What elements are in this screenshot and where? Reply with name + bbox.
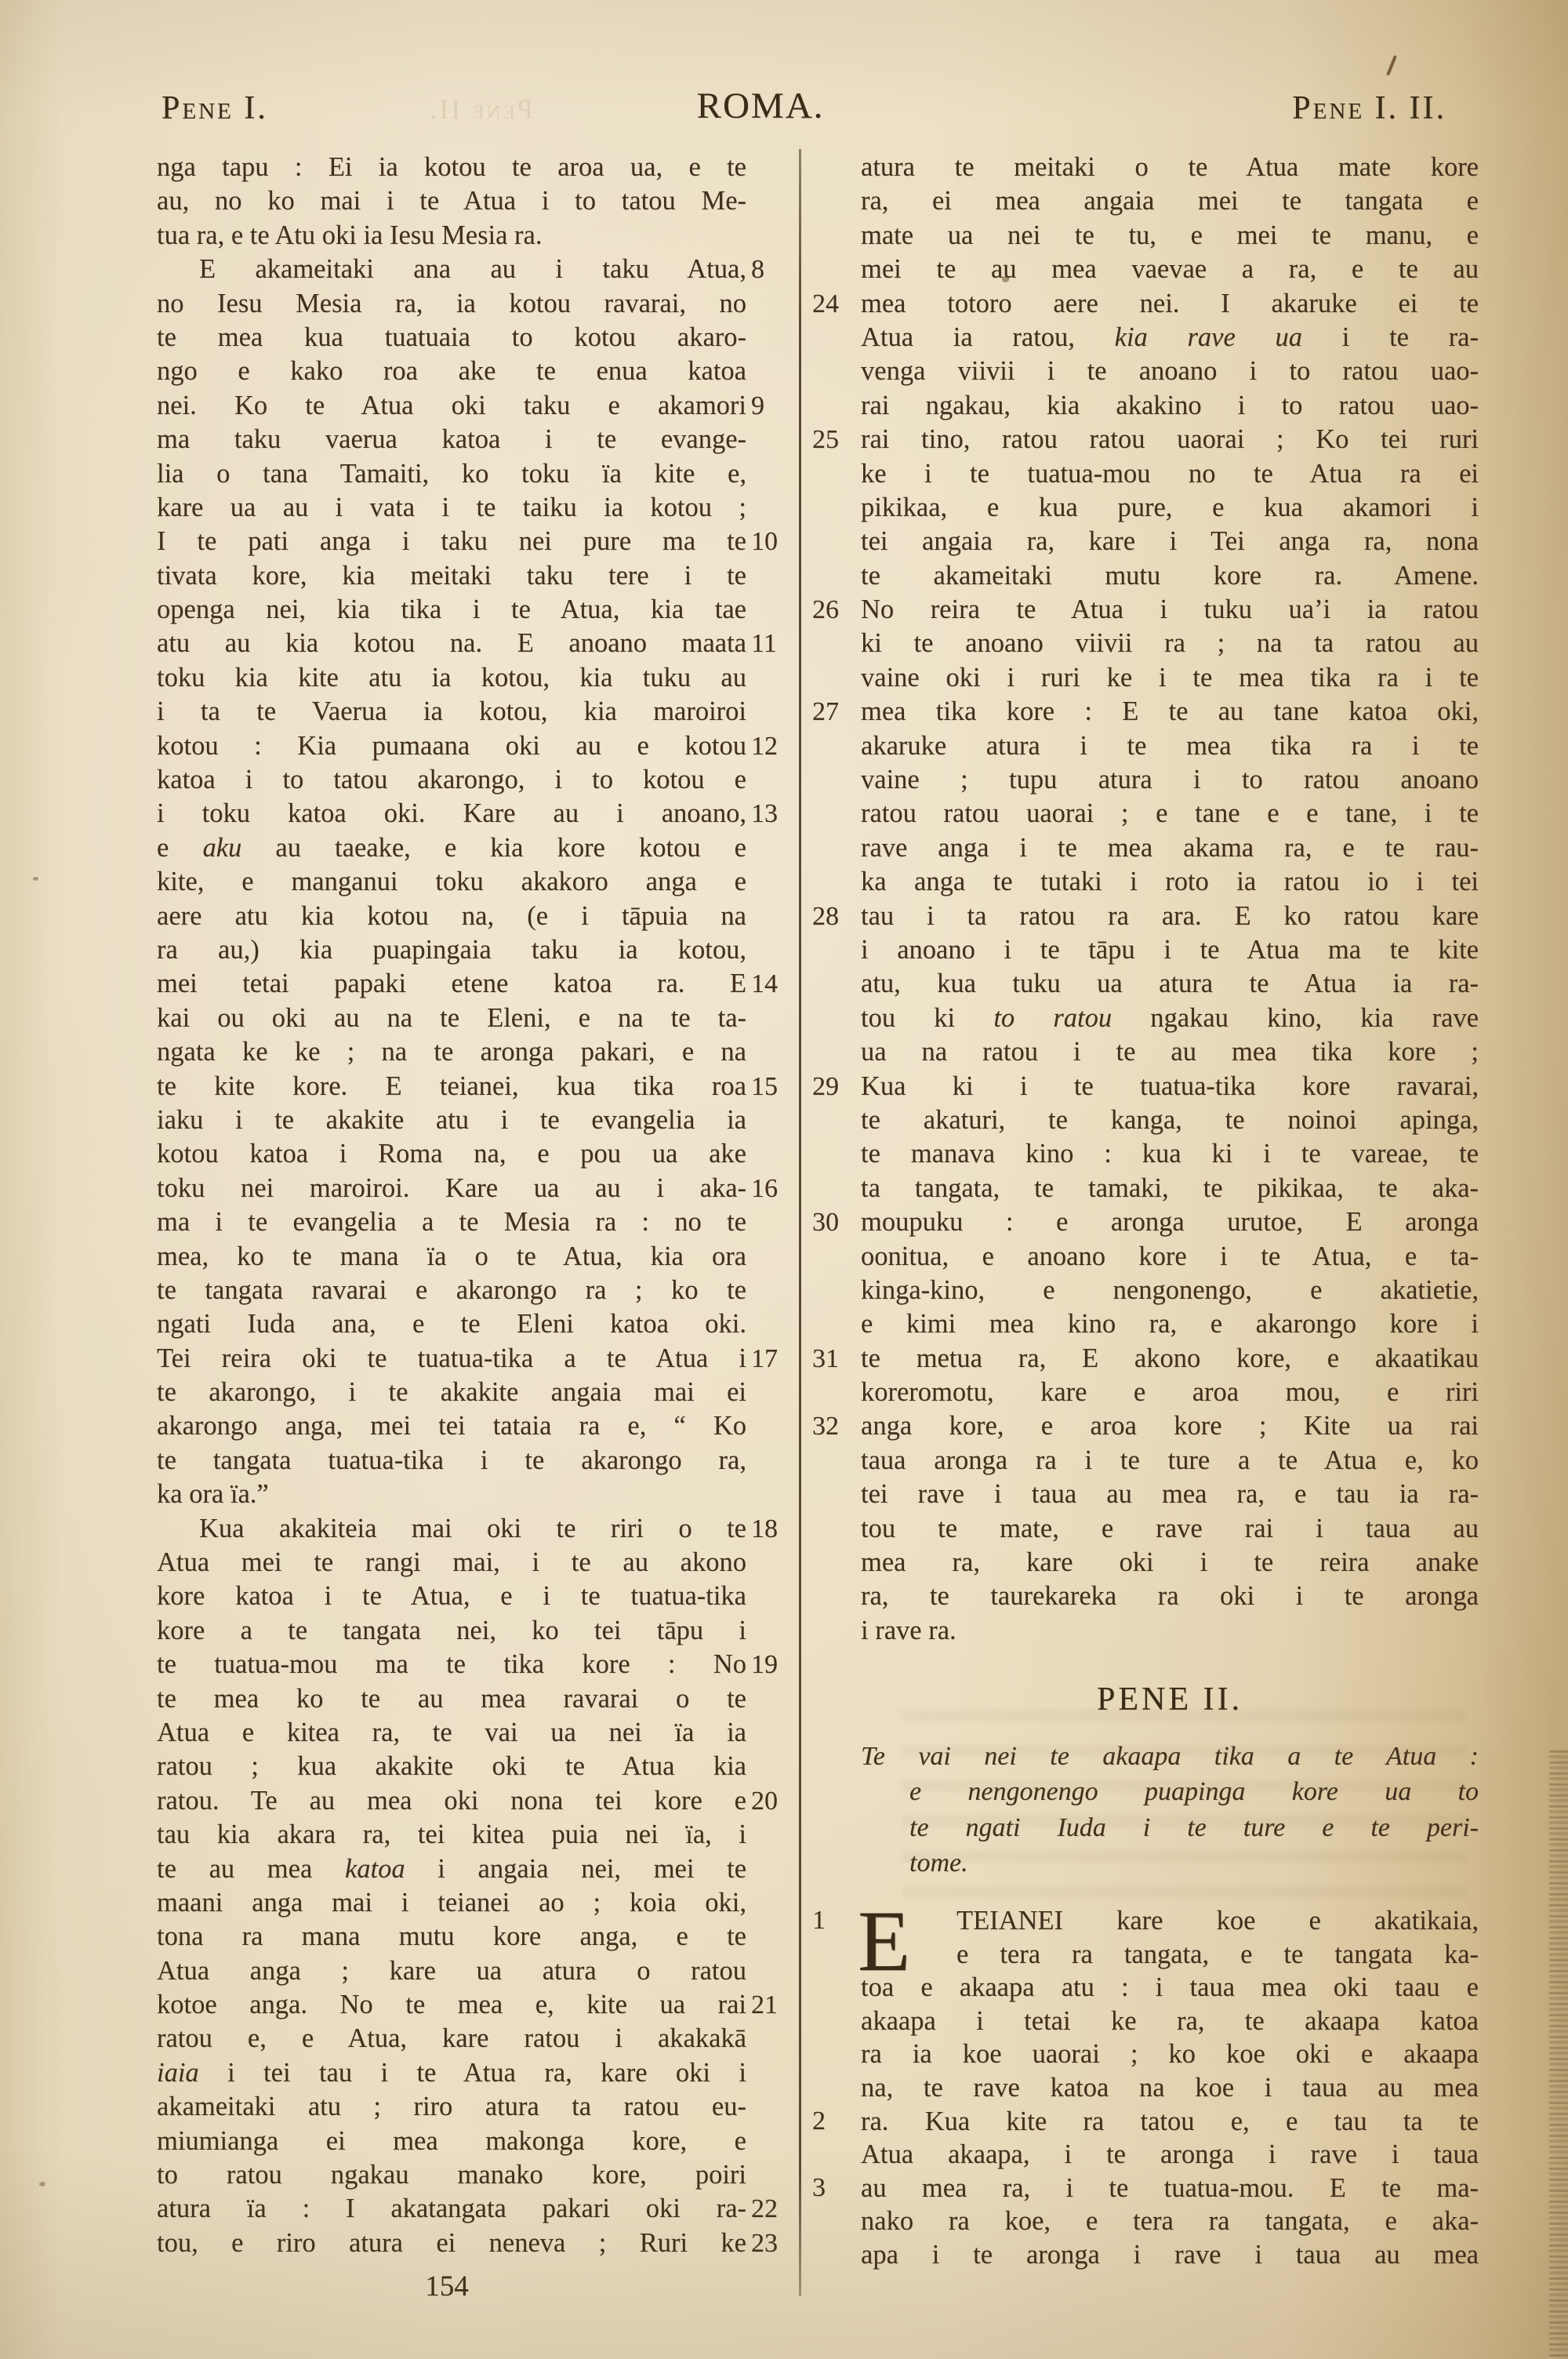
verse-number: 1 <box>812 1904 853 1938</box>
text-line: Kua ki i te tuatua-tika kore ravarai,29 <box>861 1070 1479 1103</box>
text-line: tei rave i taua au mea ra, e tau ia ra- <box>861 1478 1479 1511</box>
text-line: kare ua au i vata i te taiku ia kotou ; <box>157 491 746 525</box>
text-line: tau i ta ratou ra ara. E ko ratou kare28 <box>861 900 1479 933</box>
text-line: ngo e kako roa ake te enua katoa <box>157 354 746 388</box>
text-line: rai tino, ratou ratou uaorai ; Ko tei ru… <box>861 423 1479 456</box>
chapter1-continued-text: atura te meitaki o te Atua mate korera, … <box>861 151 1479 1648</box>
text-line: pikikaa, e kua pure, e kua akamori i <box>861 491 1479 525</box>
text-line: ke i te tuatua-mou no te Atua ra ei <box>861 457 1479 491</box>
text-line: ngati Iuda ana, e te Eleni katoa oki. <box>157 1307 746 1341</box>
text-line: mei tetai papaki etene katoa ra. E14 <box>157 967 746 1001</box>
italic-phrase: aku <box>202 833 241 863</box>
text-line: to ratou ngakau manako kore, poiri <box>157 2158 746 2192</box>
text-line: tau kia akara ra, tei kitea puia nei ïa,… <box>157 1818 746 1852</box>
verse-number: 14 <box>751 967 797 1001</box>
text-line: ngata ke ke ; na te aronga pakari, e na <box>157 1035 746 1069</box>
page-edge-texture <box>1549 1750 1568 2359</box>
text-line: akameitaki atu ; riro atura ta ratou eu- <box>157 2090 746 2124</box>
text-line: Atua akaapa, i te aronga i rave i taua <box>861 2138 1479 2172</box>
text-line: ra au,) kia puapingaia taku ia kotou, <box>157 933 746 967</box>
text-line: E akameitaki ana au i taku Atua,8 <box>157 253 746 286</box>
italic-phrase: kia rave ua <box>1115 322 1302 352</box>
ink-speck <box>39 2182 45 2186</box>
running-header-left: Pene I. <box>162 89 268 127</box>
verse-number: 28 <box>812 900 853 933</box>
text-line: kotou katoa i Roma na, e pou ua ake <box>157 1137 746 1171</box>
text-line: mea, ko te mana ïa o te Atua, kia ora <box>157 1240 746 1274</box>
text-line: tou ki to ratou ngakau kino, kia rave <box>861 1001 1479 1035</box>
show-through-ghost <box>902 1710 1466 1906</box>
left-text-column: nga tapu : Ei ia kotou te aroa ua, e tea… <box>157 151 746 2260</box>
scanned-book-page: { "paper_color": "#e9dcc0", "ink_color":… <box>0 0 1568 2359</box>
text-line: te au mea katoa i angaia nei, mei te <box>157 1852 746 1886</box>
text-line: e aku au taeake, e kia kore kotou e <box>157 831 746 865</box>
text-line: ki te anoano viivii ra ; na ta ratou au <box>861 627 1479 660</box>
verse-number: 15 <box>751 1070 797 1103</box>
text-line: atura te meitaki o te Atua mate kore <box>861 151 1479 184</box>
text-line: rai ngakau, kia akakino i to ratou uao- <box>861 389 1479 423</box>
verse-number: 17 <box>751 1342 797 1376</box>
text-line: atu, kua tuku ua atura te Atua ia ra- <box>861 967 1479 1001</box>
text-line: Atua ia ratou, kia rave ua i te ra- <box>861 321 1479 354</box>
text-line: I te pati anga i taku nei pure ma te10 <box>157 525 746 558</box>
text-line: No reira te Atua i tuku ua’i ia ratou26 <box>861 593 1479 627</box>
verse-number: 19 <box>751 1648 797 1681</box>
text-line: oonitua, e anoano kore i te Atua, e ta- <box>861 1240 1479 1274</box>
italic-phrase: iaia <box>157 2058 199 2088</box>
text-line: iaku i te akakite atu i te evangelia ia <box>157 1103 746 1137</box>
text-line: mate ua nei te tu, e mei te manu, e <box>861 219 1479 253</box>
text-line: ra, te taurekareka ra oki i te aronga <box>861 1579 1479 1613</box>
text-line: openga nei, kia tika i te Atua, kia tae <box>157 593 746 627</box>
verse-number: 9 <box>751 389 797 423</box>
verse-number: 27 <box>812 695 853 729</box>
text-line: ratou ratou uaorai ; e tane e e tane, i … <box>861 797 1479 831</box>
text-line: te tangata tuatua-tika i te akarongo ra, <box>157 1444 746 1478</box>
text-line: te tuatua-mou ma te tika kore : No19 <box>157 1648 746 1681</box>
verse-number: 2 <box>812 2105 853 2139</box>
text-line: e tera ra tangata, e te tangata ka- <box>861 1938 1479 1972</box>
text-line: moupuku : e aronga urutoe, E aronga30 <box>861 1205 1479 1239</box>
text-line: anga kore, e aroa kore ; Kite ua rai32 <box>861 1409 1479 1443</box>
verse-number: 25 <box>812 423 853 456</box>
verse-number: 32 <box>812 1409 853 1443</box>
text-line: te akameitaki mutu kore ra. Amene. <box>861 559 1479 593</box>
text-line: aere atu kia kotou na, (e i tāpuia na <box>157 900 746 933</box>
verse-number: 30 <box>812 1205 853 1239</box>
text-line: ra, ei mea angaia mei te tangata e <box>861 184 1479 218</box>
text-line: toku nei maroiroi. Kare ua au i aka-16 <box>157 1172 746 1205</box>
text-line: nei. Ko te Atua oki taku e akamori9 <box>157 389 746 423</box>
text-line: akarongo anga, mei tei tataia ra e, “ Ko <box>157 1409 746 1443</box>
page-number: 154 <box>368 2270 525 2303</box>
text-line: te kite kore. E teianei, kua tika roa15 <box>157 1070 746 1103</box>
text-line: kore katoa i te Atua, e i te tuatua-tika <box>157 1579 746 1613</box>
verse-number: 20 <box>751 1784 797 1818</box>
verse-number: 13 <box>751 797 797 831</box>
text-line: kai ou oki au na te Eleni, e na te ta- <box>157 1001 746 1035</box>
book-title-header: ROMA. <box>682 85 839 127</box>
verse-number: 3 <box>812 2172 853 2205</box>
text-line: katoa i to tatou akarongo, i to kotou e <box>157 763 746 797</box>
text-line: au, no ko mai i te Atua i to tatou Me- <box>157 184 746 218</box>
text-line: rave anga i te mea akama ra, e te rau- <box>861 831 1479 865</box>
text-line: ratou. Te au mea oki nona tei kore e20 <box>157 1784 746 1818</box>
italic-phrase: to ratou <box>993 1003 1112 1033</box>
ink-speck <box>33 877 38 881</box>
text-line: mea totoro aere nei. I akaruke ei te24 <box>861 287 1479 321</box>
show-through-ghost: Pene II. <box>329 93 533 125</box>
text-line: te akarongo, i te akakite angaia mai ei <box>157 1376 746 1409</box>
verse-number: 23 <box>751 2226 797 2260</box>
text-line: i ta te Vaerua ia kotou, kia maroiroi <box>157 695 746 729</box>
text-line: tei angaia ra, kare i Tei anga ra, nona <box>861 525 1479 558</box>
text-line: Tei reira oki te tuatua-tika a te Atua i… <box>157 1342 746 1376</box>
text-line: taua aronga ra i te ture a te Atua e, ko <box>861 1444 1479 1478</box>
text-line: i anoano i te tāpu i te Atua ma te kite <box>861 933 1479 967</box>
verse-number: 31 <box>812 1342 853 1376</box>
text-line: Kua akakiteia mai oki te riri o te18 <box>157 1512 746 1546</box>
text-line: ma taku vaerua katoa i te evange- <box>157 423 746 456</box>
text-line: te akaturi, te kanga, te noinoi apinga, <box>861 1103 1479 1137</box>
text-line: kinga-kino, e nengonengo, e akatietie, <box>861 1274 1479 1307</box>
text-line: vaine ; tupu atura i to ratou anoano <box>861 763 1479 797</box>
text-line: toku kia kite atu ia kotou, kia tuku au <box>157 661 746 695</box>
text-line: vaine oki i ruri ke i te mea tika ra i t… <box>861 661 1479 695</box>
text-line: te manava kino : kua ki i te vareae, te <box>861 1137 1479 1171</box>
text-line: no Iesu Mesia ra, ia kotou ravarai, no <box>157 287 746 321</box>
text-line: maani anga mai i teianei ao ; koia oki, <box>157 1886 746 1920</box>
text-line: mei te au mea vaevae a ra, e te au <box>861 253 1479 286</box>
text-line: ratou ; kua akakite oki te Atua kia <box>157 1750 746 1783</box>
verse-number: 18 <box>751 1512 797 1546</box>
text-line: au mea ra, i te tuatua-mou. E te ma-3 <box>861 2172 1479 2205</box>
ink-speck <box>1002 276 1009 282</box>
text-line: e kimi mea kino ra, e akarongo kore i <box>861 1307 1479 1341</box>
text-line: Atua e kitea ra, te vai ua nei ïa ia <box>157 1716 746 1750</box>
text-line: venga viivii i te anoano i to ratou uao- <box>861 354 1479 388</box>
text-line: te metua ra, E akono kore, e akaatikau31 <box>861 1342 1479 1376</box>
text-line: ma i te evangelia a te Mesia ra : no te <box>157 1205 746 1239</box>
text-line: miumianga ei mea makonga kore, e <box>157 2125 746 2158</box>
text-line: tou te mate, e rave rai i taua au <box>861 1512 1479 1546</box>
text-line: tua ra, e te Atu oki ia Iesu Mesia ra. <box>157 219 746 253</box>
text-line: ra. Kua kite ra tatou e, e tau ta te2 <box>861 2105 1479 2139</box>
text-line: lia o tana Tamaiti, ko toku ïa kite e, <box>157 457 746 491</box>
text-line: mea tika kore : E te au tane katoa oki,2… <box>861 695 1479 729</box>
text-line: ka ora ïa.” <box>157 1478 746 1511</box>
verse-number: 10 <box>751 525 797 558</box>
verse-number: 11 <box>751 627 797 660</box>
text-line: tou, e riro atura ei neneva ; Ruri ke23 <box>157 2226 746 2260</box>
text-line: kite, e manganui toku akakoro anga e <box>157 865 746 899</box>
spacer <box>861 1648 1479 1679</box>
text-line: te mea ko te au mea ravarai o te <box>157 1682 746 1716</box>
ink-mark <box>1386 55 1397 76</box>
running-header-right: Pene I. II. <box>1207 89 1446 127</box>
column-divider-rule <box>799 149 801 2296</box>
text-line: ratou e, e Atua, kare ratou i akakakā <box>157 2022 746 2055</box>
text-line: nga tapu : Ei ia kotou te aroa ua, e te <box>157 151 746 184</box>
text-line: akaapa i tetai ke ra, te akaapa katoa <box>861 2005 1479 2038</box>
text-line: tona ra mana mutu kore anga, e te <box>157 1920 746 1954</box>
verse-number: 26 <box>812 593 853 627</box>
text-line: ka anga te tutaki i roto ia ratou io i t… <box>861 865 1479 899</box>
italic-phrase: katoa <box>345 1854 405 1884</box>
verse-number: 29 <box>812 1070 853 1103</box>
text-line: koreromotu, kare e aroa mou, e riri <box>861 1376 1479 1409</box>
text-line: Atua anga ; kare ua atura o ratou <box>157 1954 746 1988</box>
verse-number: 24 <box>812 287 853 321</box>
text-line: apa i te aronga i rave i taua au mea <box>861 2238 1479 2272</box>
text-line: atura ïa : I akatangata pakari oki ra-22 <box>157 2192 746 2226</box>
text-line: iaia i tei tau i te Atua ra, kare oki i <box>157 2056 746 2090</box>
text-line: te tangata ravarai e akarongo ra ; ko te <box>157 1274 746 1307</box>
text-line: nako ra koe, e tera ra tangata, e aka- <box>861 2205 1479 2238</box>
text-line: ra ia koe uaorai ; ko koe oki e akaapa <box>861 2037 1479 2071</box>
verse-number: 8 <box>751 253 797 286</box>
verse-number: 21 <box>751 1988 797 2022</box>
text-line: TEIANEI kare koe e akatikaia,1 <box>861 1904 1479 1938</box>
text-line: tivata kore, kia meitaki taku tere i te <box>157 559 746 593</box>
right-text-column: atura te meitaki o te Atua mate korera, … <box>861 151 1479 2271</box>
text-line: Atua mei te rangi mai, i te au akono <box>157 1546 746 1579</box>
text-line: ta tangata, te tamaki, te pikikaa, te ak… <box>861 1172 1479 1205</box>
text-line: mea ra, kare oki i te reira anake <box>861 1546 1479 1579</box>
text-line: i rave ra. <box>861 1614 1479 1648</box>
text-line: te mea kua tuatuaia to kotou akaro- <box>157 321 746 354</box>
text-line: toa e akaapa atu : i taua mea oki taau e <box>861 1971 1479 2005</box>
text-line: na, te rave katoa na koe i taua au mea <box>861 2071 1479 2105</box>
verse-number: 22 <box>751 2192 797 2226</box>
text-line: kotou : Kia pumaana oki au e kotou12 <box>157 729 746 763</box>
verse-number: 16 <box>751 1172 797 1205</box>
text-line: i toku katoa oki. Kare au i anoano,13 <box>157 797 746 831</box>
text-line: kotoe anga. No te mea e, kite ua rai21 <box>157 1988 746 2022</box>
text-line: kore a te tangata nei, ko tei tāpu i <box>157 1614 746 1648</box>
text-line: ua na ratou i te au mea tika kore ; <box>861 1035 1479 1069</box>
text-line: atu au kia kotou na. E anoano maata11 <box>157 627 746 660</box>
chapter2-opening-paragraph: E TEIANEI kare koe e akatikaia,1e tera r… <box>861 1904 1479 2272</box>
text-line: akaruke atura i te mea tika ra i te <box>861 729 1479 763</box>
verse-number: 12 <box>751 729 797 763</box>
